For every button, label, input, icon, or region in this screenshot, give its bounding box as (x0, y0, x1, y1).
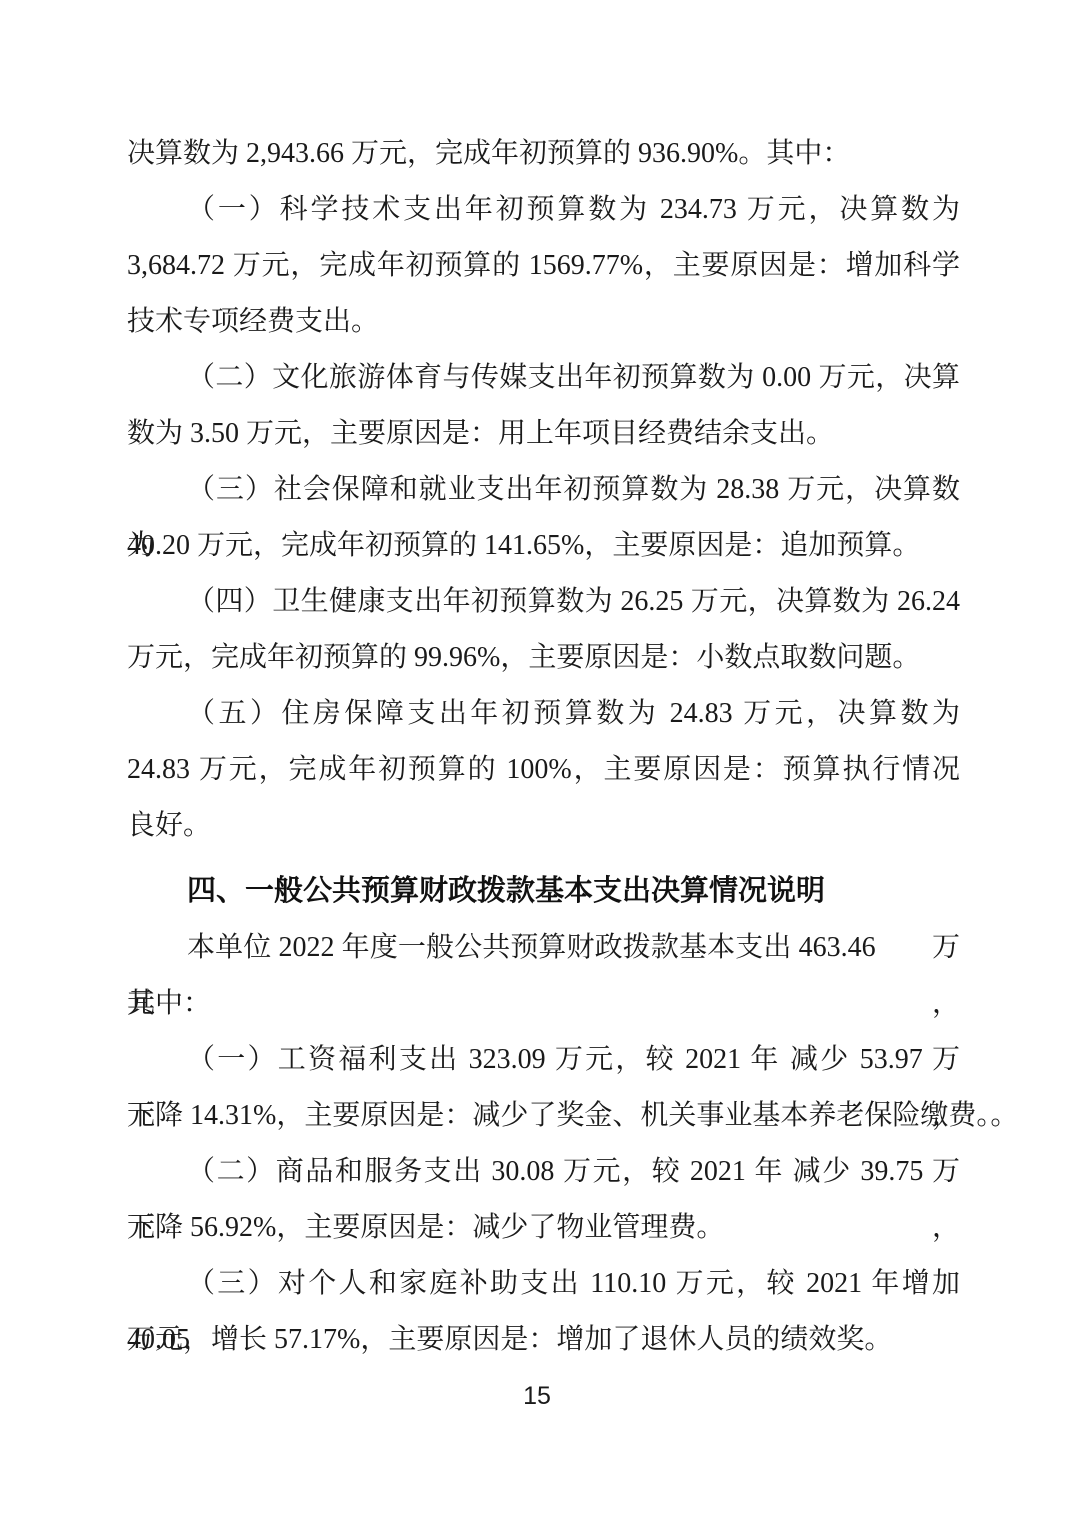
text-line: 万元，完成年初预算的 99.96%，主要原因是：小数点取数问题。 (127, 630, 960, 686)
text-line: 24.83 万元，完成年初预算的 100%，主要原因是：预算执行情况 (127, 742, 960, 798)
section-heading: 四、一般公共预算财政拨款基本支出决算情况说明 (127, 862, 960, 920)
text-line: 数为 3.50 万元，主要原因是：用上年项目经费结余支出。 (127, 406, 960, 462)
text-line: 本单位 2022 年度一般公共预算财政拨款基本支出 463.46 万元， (127, 920, 960, 976)
text-line: （一）工资福利支出 323.09 万元，较 2021 年 减少 53.97 万元… (127, 1032, 960, 1088)
text-line: 40.20 万元，完成年初预算的 141.65%，主要原因是：追加预算。 (127, 518, 960, 574)
text-line: 技术专项经费支出。 (127, 294, 960, 350)
text-line: （一）科学技术支出年初预算数为 234.73 万元，决算数为 (127, 182, 960, 238)
text-line: （二）商品和服务支出 30.08 万元，较 2021 年 减少 39.75 万元… (127, 1144, 960, 1200)
text-line: （三）社会保障和就业支出年初预算数为 28.38 万元，决算数为 (127, 462, 960, 518)
text-line: （三）对个人和家庭补助支出 110.10 万元，较 2021 年增加 40.05 (127, 1256, 960, 1312)
page-number: 15 (0, 1382, 1074, 1411)
text-line: （五）住房保障支出年初预算数为 24.83 万元，决算数为 (127, 686, 960, 742)
document-page: 决算数为 2,943.66 万元，完成年初预算的 936.90%。其中： （一）… (0, 0, 1074, 1520)
text-line: （二）文化旅游体育与传媒支出年初预算数为 0.00 万元，决算 (127, 350, 960, 406)
text-line: 决算数为 2,943.66 万元，完成年初预算的 936.90%。其中： (127, 126, 960, 182)
text-line: 3,684.72 万元，完成年初预算的 1569.77%，主要原因是：增加科学 (127, 238, 960, 294)
text-line: 下降 14.31%，主要原因是：减少了奖金、机关事业基本养老保险缴费。。 (127, 1088, 960, 1144)
text-line: 万元，增长 57.17%，主要原因是：增加了退休人员的绩效奖。 (127, 1312, 960, 1368)
text-line: （四）卫生健康支出年初预算数为 26.25 万元，决算数为 26.24 (127, 574, 960, 630)
document-text-block: 决算数为 2,943.66 万元，完成年初预算的 936.90%。其中： （一）… (127, 126, 960, 1368)
text-line: 良好。 (127, 798, 960, 854)
